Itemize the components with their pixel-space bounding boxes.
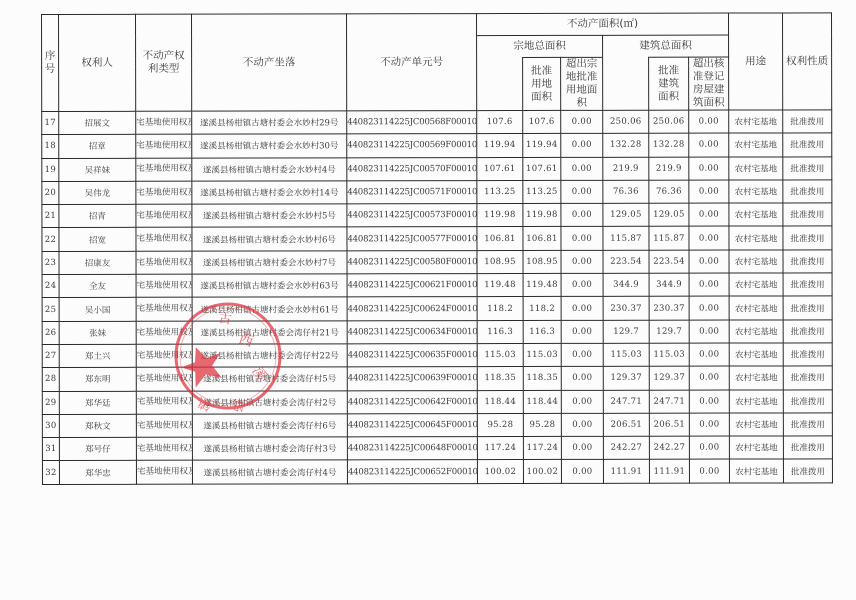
cell-unit-no: 440823114225JC00570F00010001	[347, 157, 477, 181]
cell-nature: 批准拨用	[783, 180, 832, 203]
cell-holder: 招章	[59, 135, 136, 158]
cell-seq: 29	[42, 391, 59, 414]
cell-location: 遂溪县杨柑镇古塘村委会湾仔村6号	[192, 414, 347, 438]
table-row: 27 郑土兴 宅基地使用权及房屋所有权 遂溪县杨柑镇古塘村委会湾仔村22号 44…	[42, 343, 832, 368]
cell-building-total: 344.9	[603, 273, 649, 296]
cell-land-excess: 0.00	[561, 390, 603, 413]
header-building-excess: 超出核准登记房屋建筑面积	[689, 57, 729, 110]
cell-nature: 批准拨用	[783, 436, 832, 459]
cell-seq: 28	[42, 368, 59, 391]
cell-seq: 26	[42, 321, 59, 344]
cell-usage: 农村宅基地	[729, 226, 783, 249]
cell-right-type: 宅基地使用权及房屋所有权	[136, 391, 192, 414]
cell-nature: 批准拨用	[783, 133, 832, 156]
cell-seq: 30	[42, 414, 59, 437]
cell-holder: 招宽	[59, 228, 136, 251]
cell-building-excess: 0.00	[689, 250, 729, 273]
cell-holder: 招青	[59, 204, 136, 227]
cell-building-approved: 115.03	[649, 343, 689, 366]
cell-building-total: 111.91	[603, 460, 649, 483]
cell-right-type: 宅基地使用权及房屋所有权	[136, 298, 192, 321]
cell-land-excess: 0.00	[561, 320, 603, 343]
cell-land-approved: 106.81	[523, 227, 561, 250]
cell-building-excess: 0.00	[689, 460, 729, 483]
cell-building-total: 206.51	[603, 413, 649, 436]
cell-usage: 农村宅基地	[729, 366, 783, 389]
cell-building-total: 129.37	[603, 366, 649, 389]
cell-land-total: 116.3	[477, 320, 523, 343]
cell-building-excess: 0.00	[689, 390, 729, 413]
cell-usage: 农村宅基地	[729, 343, 783, 366]
cell-land-total: 113.25	[477, 180, 523, 203]
cell-building-excess: 0.00	[689, 273, 729, 296]
cell-seq: 27	[42, 344, 59, 367]
cell-unit-no: 440823114225JC00580F00010001	[347, 250, 477, 274]
header-land-approved: 批准用地面积	[523, 57, 561, 110]
document-page: 序号 权利人 不动产权利类型 不动产坐落 不动产单元号 不动产面积(㎡) 用途 …	[0, 0, 856, 600]
table-row: 20 吴伟龙 宅基地使用权及房屋所有权 遂溪县杨柑镇古塘村委会水妙村14号 44…	[42, 180, 832, 205]
cell-right-type: 宅基地使用权及房屋所有权	[136, 181, 192, 204]
cell-unit-no: 440823114225JC00569F00010001	[347, 134, 477, 158]
cell-unit-no: 440823114225JC00648F00010001	[347, 437, 477, 461]
cell-unit-no: 440823114225JC00621F00010001	[347, 274, 477, 298]
header-land-total	[477, 57, 523, 110]
cell-holder: 郑东明	[59, 368, 136, 391]
cell-location: 遂溪县杨柑镇古塘村委会湾仔村2号	[192, 390, 347, 414]
cell-building-excess: 0.00	[689, 296, 729, 319]
cell-building-approved: 344.9	[649, 273, 689, 296]
cell-land-total: 95.28	[477, 413, 523, 436]
cell-usage: 农村宅基地	[729, 157, 783, 180]
cell-building-approved: 230.37	[649, 297, 689, 320]
cell-building-approved: 129.7	[649, 320, 689, 343]
cell-building-total: 115.87	[603, 227, 649, 250]
cell-building-total: 115.03	[603, 343, 649, 366]
cell-seq: 18	[42, 135, 59, 158]
cell-right-type: 宅基地使用权及房屋所有权	[136, 321, 192, 344]
cell-holder: 招康友	[59, 251, 136, 274]
cell-building-excess: 0.00	[689, 180, 729, 203]
cell-unit-no: 440823114225JC00577F00010001	[347, 227, 477, 251]
cell-building-approved: 132.28	[649, 133, 689, 156]
cell-land-total: 107.61	[477, 157, 523, 180]
cell-land-total: 118.44	[477, 390, 523, 413]
cell-location: 遂溪县杨柑镇古塘村委会水妙村63号	[192, 274, 347, 298]
cell-unit-no: 440823114225JC00639F00010001	[347, 367, 477, 391]
cell-holder: 吴小国	[59, 298, 136, 321]
header-unit-no: 不动产单元号	[347, 14, 477, 111]
cell-land-excess: 0.00	[561, 460, 603, 483]
cell-nature: 批准拨用	[783, 366, 832, 389]
cell-land-total: 118.35	[477, 367, 523, 390]
cell-nature: 批准拨用	[783, 110, 832, 133]
table-row: 29 郑华廷 宅基地使用权及房屋所有权 遂溪县杨柑镇古塘村委会湾仔村2号 440…	[42, 389, 832, 414]
cell-seq: 20	[42, 181, 59, 204]
cell-building-approved: 115.87	[649, 227, 689, 250]
cell-seq: 31	[42, 438, 59, 461]
cell-nature: 批准拨用	[783, 389, 832, 412]
cell-location: 遂溪县杨柑镇古塘村委会湾仔村3号	[192, 437, 347, 461]
cell-location: 遂溪县杨柑镇古塘村委会水妙村14号	[192, 181, 347, 205]
cell-holder: 招展文	[59, 111, 136, 134]
cell-land-excess: 0.00	[561, 436, 603, 459]
cell-land-approved: 119.98	[523, 204, 561, 227]
cell-land-excess: 0.00	[561, 297, 603, 320]
cell-land-excess: 0.00	[561, 227, 603, 250]
cell-usage: 农村宅基地	[729, 133, 783, 156]
cell-building-approved: 223.54	[649, 250, 689, 273]
cell-building-excess: 0.00	[689, 133, 729, 156]
cell-holder: 吴伟龙	[59, 181, 136, 204]
cell-land-excess: 0.00	[561, 343, 603, 366]
cell-unit-no: 440823114225JC00624F00010001	[347, 297, 477, 321]
cell-building-excess: 0.00	[689, 320, 729, 343]
cell-building-excess: 0.00	[689, 110, 729, 133]
cell-unit-no: 440823114225JC00642F00010001	[347, 390, 477, 414]
cell-usage: 农村宅基地	[729, 390, 783, 413]
table-row: 17 招展文 宅基地使用权及房屋所有权 遂溪县杨柑镇古塘村委会水妙村29号 44…	[42, 110, 832, 135]
cell-land-total: 100.02	[477, 460, 523, 483]
cell-building-total: 76.36	[603, 180, 649, 203]
header-building-total	[603, 57, 649, 110]
cell-location: 遂溪县杨柑镇古塘村委会水妙村5号	[192, 204, 347, 228]
cell-holder: 郑秋文	[59, 414, 136, 437]
cell-seq: 25	[42, 298, 59, 321]
cell-holder: 郑华忠	[59, 461, 136, 484]
cell-land-approved: 118.2	[523, 297, 561, 320]
cell-building-total: 219.9	[603, 157, 649, 180]
cell-building-excess: 0.00	[689, 227, 729, 250]
table-row: 19 吴祥妹 宅基地使用权及房屋所有权 遂溪县杨柑镇古塘村委会水妙村4号 440…	[42, 156, 832, 181]
cell-unit-no: 440823114225JC00635F00010001	[347, 344, 477, 368]
header-building-total-group: 建筑总面积	[603, 35, 729, 57]
cell-holder: 全友	[59, 274, 136, 297]
cell-nature: 批准拨用	[783, 343, 832, 366]
cell-land-excess: 0.00	[561, 110, 603, 133]
cell-building-excess: 0.00	[689, 366, 729, 389]
cell-land-excess: 0.00	[561, 367, 603, 390]
cell-land-total: 107.6	[477, 110, 523, 133]
cell-building-excess: 0.00	[689, 413, 729, 436]
table-row: 26 张妹 宅基地使用权及房屋所有权 遂溪县杨柑镇古塘村委会湾仔村21号 440…	[42, 320, 832, 345]
cell-unit-no: 440823114225JC00652F00010001	[347, 460, 477, 484]
cell-nature: 批准拨用	[783, 273, 832, 296]
cell-land-approved: 119.94	[523, 134, 561, 157]
cell-land-approved: 118.44	[523, 390, 561, 413]
cell-building-excess: 0.00	[689, 157, 729, 180]
table-row: 23 招康友 宅基地使用权及房屋所有权 遂溪县杨柑镇古塘村委会水妙村7号 440…	[42, 250, 832, 275]
cell-land-approved: 95.28	[523, 413, 561, 436]
cell-land-excess: 0.00	[561, 250, 603, 273]
cell-nature: 批准拨用	[783, 413, 832, 436]
cell-usage: 农村宅基地	[729, 250, 783, 273]
cell-nature: 批准拨用	[783, 226, 832, 249]
cell-usage: 农村宅基地	[729, 320, 783, 343]
cell-building-total: 242.27	[603, 436, 649, 459]
cell-building-total: 223.54	[603, 250, 649, 273]
cell-holder: 吴祥妹	[59, 158, 136, 181]
cell-land-approved: 107.61	[523, 157, 561, 180]
cell-holder: 郑土兴	[59, 344, 136, 367]
cell-land-approved: 108.95	[523, 250, 561, 273]
registration-table: 序号 权利人 不动产权利类型 不动产坐落 不动产单元号 不动产面积(㎡) 用途 …	[41, 12, 833, 484]
cell-usage: 农村宅基地	[729, 296, 783, 319]
cell-nature: 批准拨用	[783, 250, 832, 273]
cell-land-approved: 119.48	[523, 273, 561, 296]
cell-land-total: 118.2	[477, 297, 523, 320]
cell-building-total: 247.71	[603, 390, 649, 413]
cell-location: 遂溪县杨柑镇古塘村委会水妙村61号	[192, 297, 347, 321]
cell-nature: 批准拨用	[783, 320, 832, 343]
cell-seq: 32	[42, 461, 59, 484]
header-building-approved: 批准建筑面积	[649, 57, 689, 110]
cell-location: 遂溪县杨柑镇古塘村委会湾仔村4号	[192, 460, 347, 484]
cell-land-total: 119.94	[477, 134, 523, 157]
table-body: 17 招展文 宅基地使用权及房屋所有权 遂溪县杨柑镇古塘村委会水妙村29号 44…	[42, 110, 833, 484]
cell-building-total: 129.7	[603, 320, 649, 343]
cell-unit-no: 440823114225JC00571F00010001	[347, 180, 477, 204]
cell-holder: 郑号仔	[59, 437, 136, 460]
cell-location: 遂溪县杨柑镇古塘村委会水妙村29号	[192, 111, 347, 135]
cell-location: 遂溪县杨柑镇古塘村委会湾仔村22号	[192, 344, 347, 368]
header-nature: 权利性质	[783, 13, 832, 110]
cell-land-total: 108.95	[477, 250, 523, 273]
cell-land-excess: 0.00	[561, 157, 603, 180]
cell-seq: 19	[42, 158, 59, 181]
cell-building-excess: 0.00	[689, 436, 729, 459]
header-usage: 用途	[729, 13, 783, 110]
header-location: 不动产坐落	[192, 14, 347, 111]
cell-land-excess: 0.00	[561, 413, 603, 436]
cell-right-type: 宅基地使用权及房屋所有权	[136, 111, 192, 134]
cell-location: 遂溪县杨柑镇古塘村委会水妙村7号	[192, 251, 347, 275]
cell-building-approved: 76.36	[649, 180, 689, 203]
cell-building-total: 250.06	[603, 110, 649, 133]
cell-right-type: 宅基地使用权及房屋所有权	[136, 437, 192, 460]
cell-land-approved: 113.25	[523, 180, 561, 203]
table-row: 25 吴小国 宅基地使用权及房屋所有权 遂溪县杨柑镇古塘村委会水妙村61号 44…	[42, 296, 832, 321]
cell-seq: 23	[42, 251, 59, 274]
cell-building-approved: 242.27	[649, 436, 689, 459]
cell-land-excess: 0.00	[561, 273, 603, 296]
cell-right-type: 宅基地使用权及房屋所有权	[136, 344, 192, 367]
table-row: 30 郑秋文 宅基地使用权及房屋所有权 遂溪县杨柑镇古塘村委会湾仔村6号 440…	[42, 413, 832, 438]
cell-location: 遂溪县杨柑镇古塘村委会湾仔村21号	[192, 321, 347, 345]
cell-right-type: 宅基地使用权及房屋所有权	[136, 204, 192, 227]
cell-right-type: 宅基地使用权及房屋所有权	[136, 251, 192, 274]
cell-building-excess: 0.00	[689, 203, 729, 226]
cell-usage: 农村宅基地	[729, 436, 783, 459]
cell-land-total: 106.81	[477, 227, 523, 250]
cell-right-type: 宅基地使用权及房屋所有权	[136, 367, 192, 390]
cell-unit-no: 440823114225JC00568F00010001	[347, 111, 477, 135]
cell-location: 遂溪县杨柑镇古塘村委会水妙村6号	[192, 227, 347, 251]
cell-nature: 批准拨用	[783, 296, 832, 319]
cell-holder: 郑华廷	[59, 391, 136, 414]
cell-usage: 农村宅基地	[729, 203, 783, 226]
table-row: 28 郑东明 宅基地使用权及房屋所有权 遂溪县杨柑镇古塘村委会湾仔村5号 440…	[42, 366, 832, 391]
cell-land-excess: 0.00	[561, 204, 603, 227]
cell-right-type: 宅基地使用权及房屋所有权	[136, 134, 192, 157]
cell-unit-no: 440823114225JC00573F00010001	[347, 204, 477, 228]
cell-location: 遂溪县杨柑镇古塘村委会湾仔村5号	[192, 367, 347, 391]
cell-right-type: 宅基地使用权及房屋所有权	[136, 461, 192, 484]
table-row: 22 招宽 宅基地使用权及房屋所有权 遂溪县杨柑镇古塘村委会水妙村6号 4408…	[42, 226, 832, 251]
cell-building-approved: 111.91	[649, 460, 689, 483]
cell-unit-no: 440823114225JC00645F00010001	[347, 413, 477, 437]
table-row: 24 全友 宅基地使用权及房屋所有权 遂溪县杨柑镇古塘村委会水妙村63号 440…	[42, 273, 832, 298]
cell-seq: 17	[42, 111, 59, 134]
cell-usage: 农村宅基地	[729, 413, 783, 436]
cell-land-excess: 0.00	[561, 180, 603, 203]
cell-holder: 张妹	[59, 321, 136, 344]
cell-seq: 21	[42, 205, 59, 228]
cell-usage: 农村宅基地	[729, 180, 783, 203]
cell-nature: 批准拨用	[783, 459, 832, 482]
cell-building-total: 132.28	[603, 134, 649, 157]
cell-building-approved: 129.05	[649, 203, 689, 226]
cell-land-approved: 118.35	[523, 367, 561, 390]
cell-land-total: 119.98	[477, 204, 523, 227]
cell-location: 遂溪县杨柑镇古塘村委会水妙村30号	[192, 134, 347, 158]
table-row: 31 郑号仔 宅基地使用权及房屋所有权 遂溪县杨柑镇古塘村委会湾仔村3号 440…	[42, 436, 832, 461]
cell-building-excess: 0.00	[689, 343, 729, 366]
table-row: 18 招章 宅基地使用权及房屋所有权 遂溪县杨柑镇古塘村委会水妙村30号 440…	[42, 133, 832, 158]
header-area-group: 不动产面积(㎡)	[477, 13, 729, 36]
cell-location: 遂溪县杨柑镇古塘村委会水妙村4号	[192, 157, 347, 181]
cell-building-approved: 219.9	[649, 157, 689, 180]
cell-building-approved: 129.37	[649, 366, 689, 389]
header-holder: 权利人	[59, 14, 136, 111]
cell-land-total: 119.48	[477, 274, 523, 297]
cell-right-type: 宅基地使用权及房屋所有权	[136, 274, 192, 297]
cell-land-approved: 116.3	[523, 320, 561, 343]
cell-usage: 农村宅基地	[729, 273, 783, 296]
cell-building-approved: 247.71	[649, 390, 689, 413]
table-row: 21 招青 宅基地使用权及房屋所有权 遂溪县杨柑镇古塘村委会水妙村5号 4408…	[42, 203, 832, 228]
cell-seq: 24	[42, 275, 59, 298]
cell-building-approved: 250.06	[649, 110, 689, 133]
cell-land-approved: 117.24	[523, 437, 561, 460]
cell-nature: 批准拨用	[783, 203, 832, 226]
cell-land-total: 115.03	[477, 343, 523, 366]
cell-usage: 农村宅基地	[729, 459, 783, 482]
cell-building-approved: 206.51	[649, 413, 689, 436]
cell-land-approved: 115.03	[523, 343, 561, 366]
cell-land-approved: 100.02	[523, 460, 561, 483]
cell-building-total: 129.05	[603, 203, 649, 226]
cell-land-total: 117.24	[477, 437, 523, 460]
cell-nature: 批准拨用	[783, 156, 832, 179]
header-land-excess: 超出宗地批准用地面积	[561, 57, 603, 110]
cell-right-type: 宅基地使用权及房屋所有权	[136, 414, 192, 437]
cell-unit-no: 440823114225JC00634F00010001	[347, 320, 477, 344]
cell-land-excess: 0.00	[561, 134, 603, 157]
cell-right-type: 宅基地使用权及房屋所有权	[136, 158, 192, 181]
cell-right-type: 宅基地使用权及房屋所有权	[136, 228, 192, 251]
header-land-total-group: 宗地总面积	[477, 35, 603, 57]
header-right-type: 不动产权利类型	[136, 14, 192, 111]
table-row: 32 郑华忠 宅基地使用权及房屋所有权 遂溪县杨柑镇古塘村委会湾仔村4号 440…	[42, 459, 832, 484]
cell-seq: 22	[42, 228, 59, 251]
header-seq: 序号	[42, 14, 59, 111]
cell-land-approved: 107.6	[523, 110, 561, 133]
cell-building-total: 230.37	[603, 297, 649, 320]
cell-usage: 农村宅基地	[729, 110, 783, 133]
